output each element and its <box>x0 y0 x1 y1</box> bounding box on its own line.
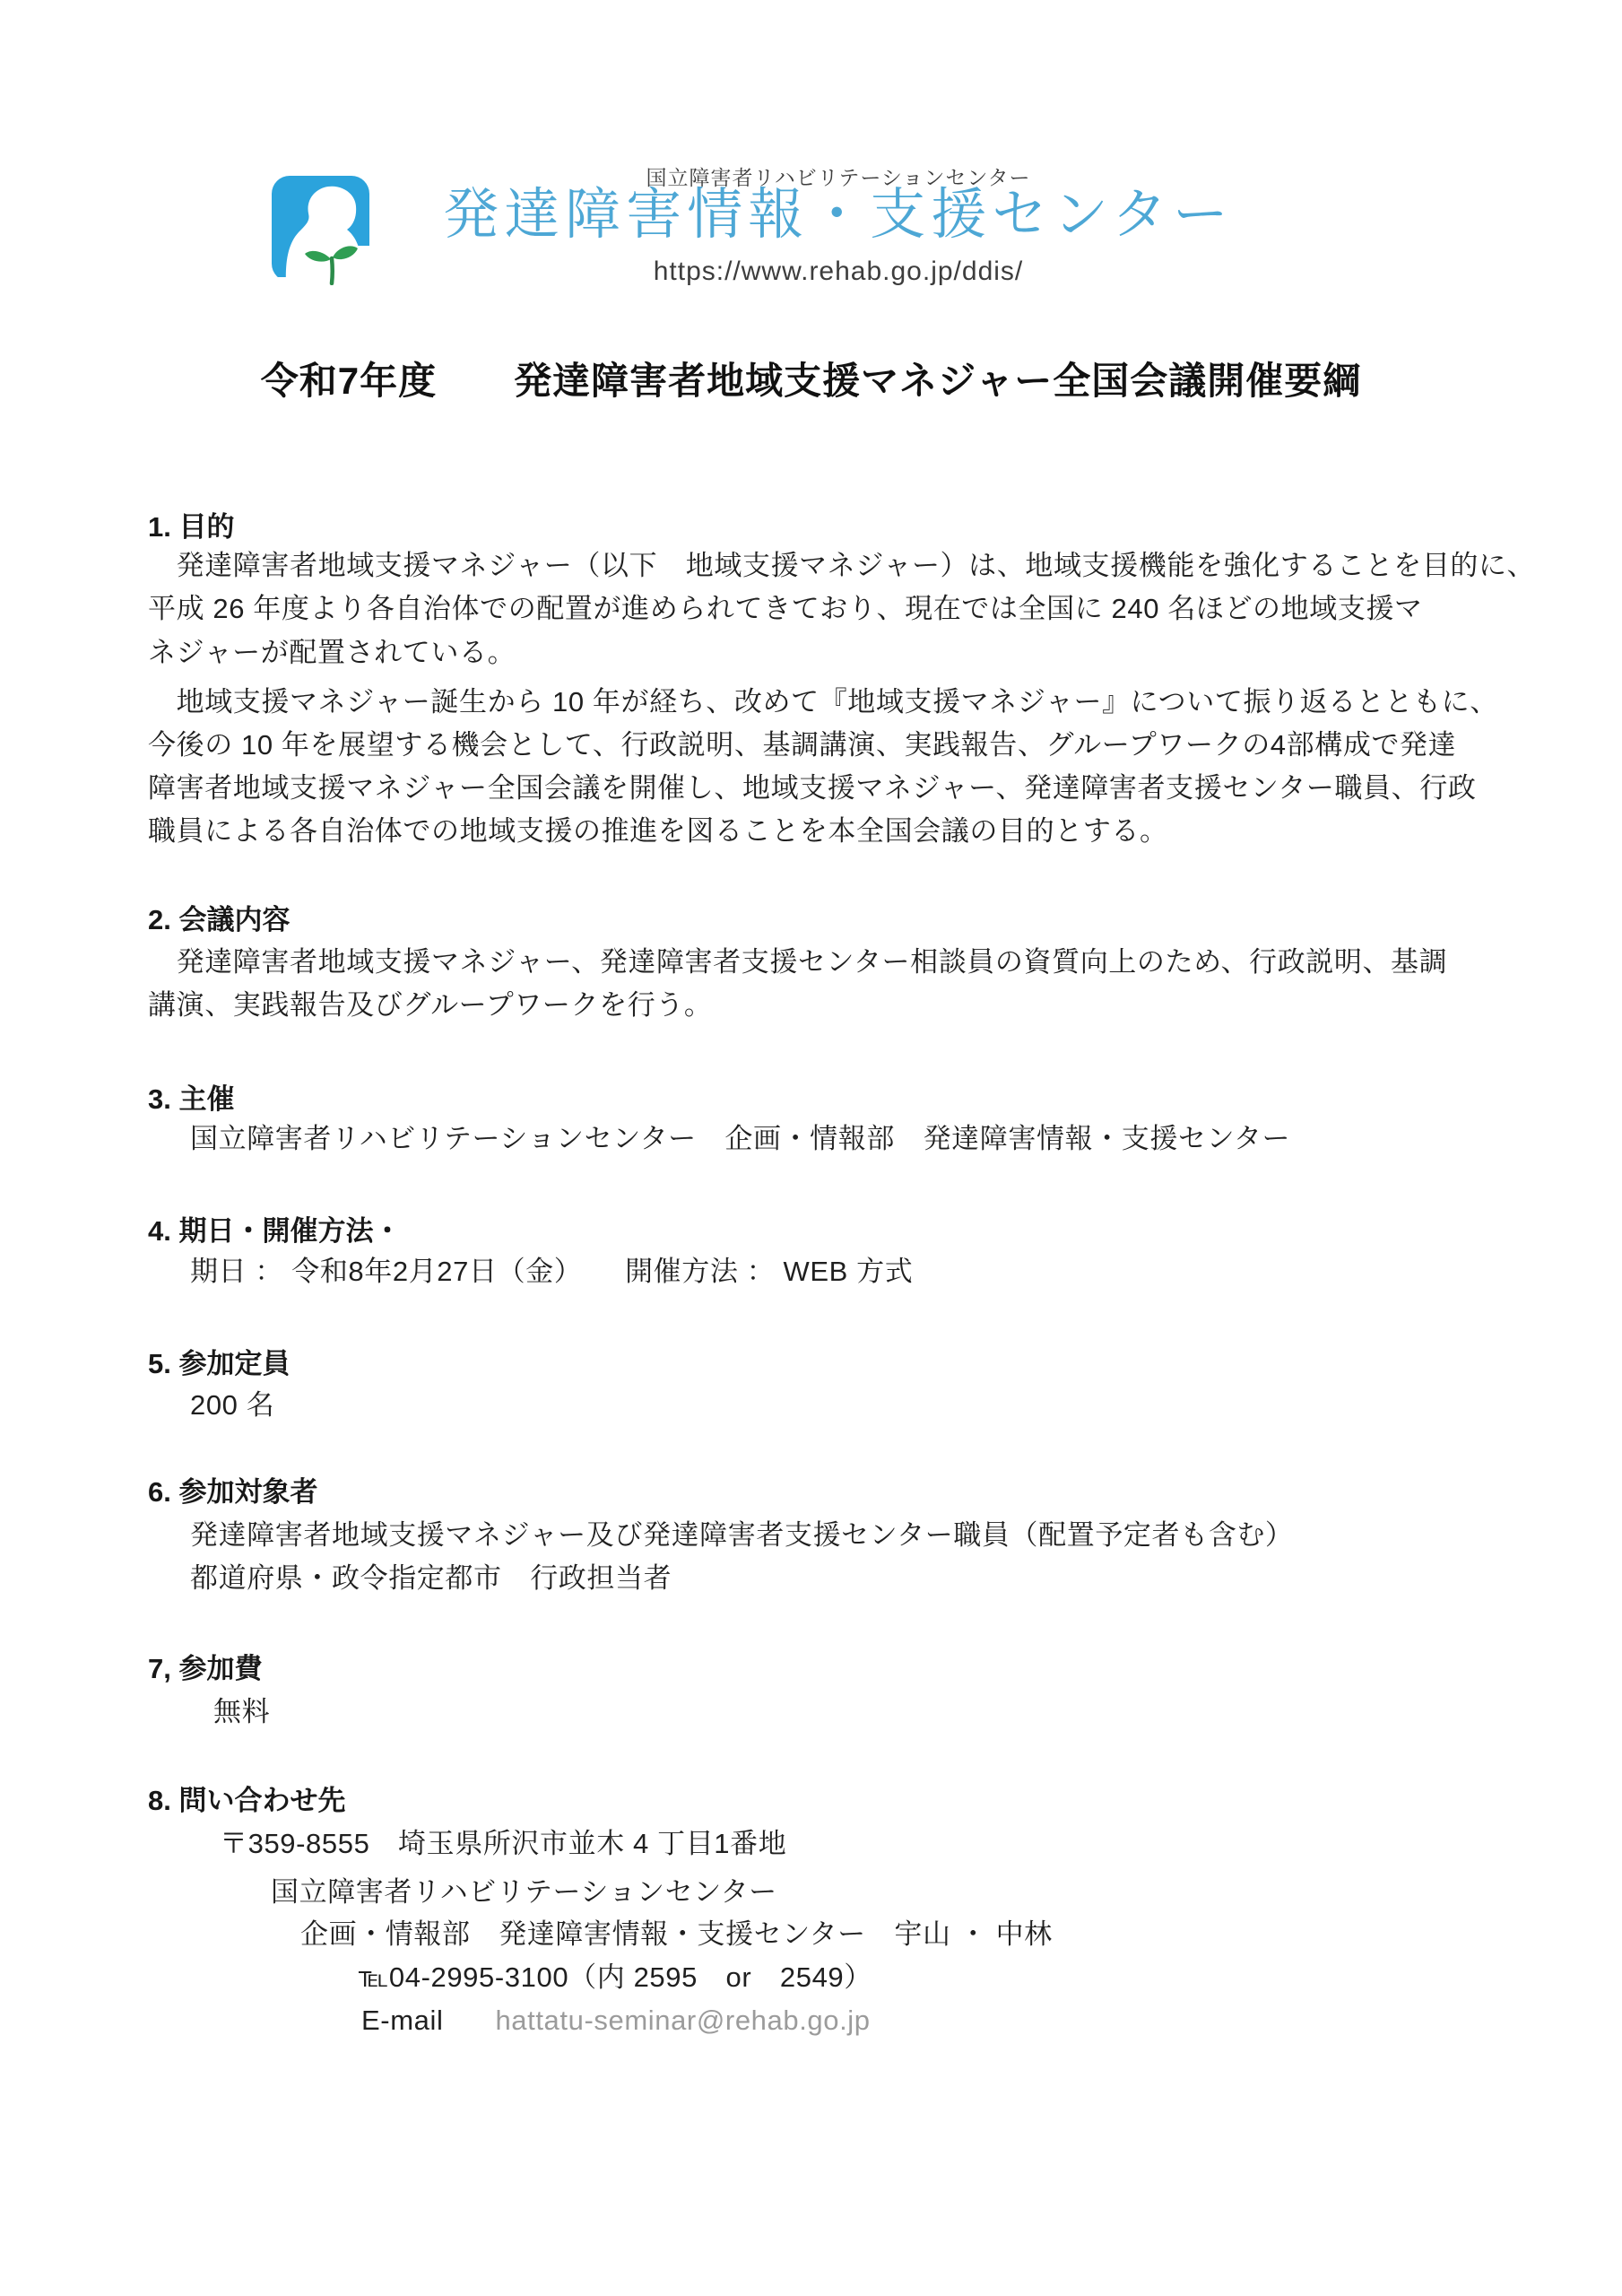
center-name: 発達障害情報・支援センター <box>341 186 1336 244</box>
body-line: 地域支援マネジャー誕生から 10 年が経ち、改めて『地域支援マネジャー』について… <box>148 686 1498 718</box>
email-line: E-mailhattatu-seminar@rehab.go.jp <box>361 2005 871 2037</box>
section-heading-5: 5. 参加定員 <box>148 1348 290 1380</box>
body-line: 平成 26 年度より各自治体での配置が進められてきており、現在では全国に 240… <box>148 593 1423 625</box>
document-page: 国立障害者リハビリテーションセンター 発達障害情報・支援センター https:/… <box>0 0 1622 2296</box>
body-line: 都道府県・政令指定都市 行政担当者 <box>190 1562 672 1595</box>
body-line: 国立障害者リハビリテーションセンター 企画・情報部 発達障害情報・支援センター <box>190 1123 1290 1155</box>
body-line: 発達障害者地域支援マネジャー及び発達障害者支援センター職員（配置予定者も含む） <box>190 1519 1294 1552</box>
section-heading-6: 6. 参加対象者 <box>148 1476 317 1509</box>
body-line: 今後の 10 年を展望する機会として、行政説明、基調講演、実践報告、グループワー… <box>148 729 1456 761</box>
doc-title: 令和7年度 発達障害者地域支援マネジャー全国会議開催要綱 <box>0 352 1622 405</box>
section-heading-1: 1. 目的 <box>148 511 234 544</box>
body-line: 無料 <box>213 1696 270 1728</box>
body-line: 職員による各自治体での地域支援の推進を図ることを本全国会議の目的とする。 <box>148 815 1168 848</box>
email-address: hattatu-seminar@rehab.go.jp <box>495 2005 870 2036</box>
body-line: 発達障害者地域支援マネジャー（以下 地域支援マネジャー）は、地域支援機能を強化す… <box>148 550 1535 582</box>
section-heading-8: 8. 問い合わせ先 <box>148 1785 345 1817</box>
body-line: 国立障害者リハビリテーションセンター <box>271 1876 777 1909</box>
tel-line: ℡04-2995-3100（内 2595 or 2549） <box>359 1961 872 1994</box>
body-line: 企画・情報部 発達障害情報・支援センター 宇山 ・ 中林 <box>300 1918 1053 1951</box>
section-heading-3: 3. 主催 <box>148 1083 234 1116</box>
section-heading-2: 2. 会議内容 <box>148 904 290 936</box>
section-heading-4: 4. 期日・開催方法・ <box>148 1215 401 1248</box>
body-line: 発達障害者地域支援マネジャー、発達障害者支援センター相談員の資質向上のため、行政… <box>148 946 1447 978</box>
body-line: 講演、実践報告及びグループワークを行う。 <box>148 989 713 1022</box>
body-line: 200 名 <box>190 1389 274 1422</box>
body-line: 〒359-8555 埼玉県所沢市並木 4 丁目1番地 <box>220 1828 786 1860</box>
body-line: 期日 ： 令和8年2月27日（金） 開催方法 ： WEB 方式 <box>190 1256 913 1288</box>
section-heading-7: 7, 参加費 <box>148 1653 262 1685</box>
body-line: ネジャーが配置されている。 <box>148 637 516 669</box>
body-line: 障害者地域支援マネジャー全国会議を開催し、地域支援マネジャー、発達障害者支援セン… <box>148 772 1476 804</box>
email-label: E-mail <box>361 2005 443 2036</box>
center-url: https://www.rehab.go.jp/ddis/ <box>341 257 1336 287</box>
